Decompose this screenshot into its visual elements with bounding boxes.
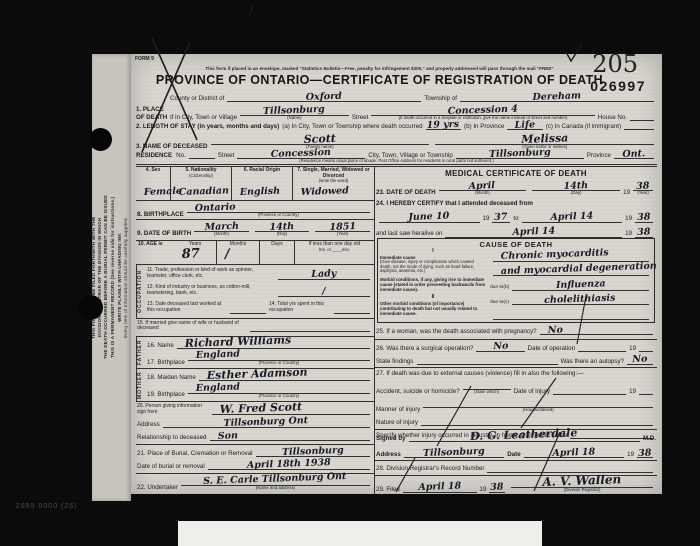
certify-from-field: June 10: [379, 213, 480, 223]
racial-origin-label: 6. Racial Origin: [244, 167, 280, 173]
filed-date-field: April 18: [403, 483, 477, 493]
burial-place-label: 21. Place of Burial, Cremation or Remova…: [137, 450, 253, 457]
punch-hole-bottom: [78, 295, 103, 320]
cause-of-death-title: CAUSE OF DEATH: [378, 239, 654, 249]
given-name-value: Melissa: [521, 132, 568, 145]
margin-note-2: DIVISION REGISTRAR OF THE DIVISION IN WH…: [98, 54, 103, 501]
section-name-of-deceased: 3. NAME OF DECEASED Scott (Family name) …: [136, 135, 657, 150]
residence-street-label: Street: [218, 152, 235, 159]
dod-day-value: 14th: [564, 181, 589, 191]
cause-a2-field: and myocardial degeneration: [493, 266, 649, 276]
informant-relationship-field: Son: [210, 431, 371, 441]
date-of-birth-row: 9. DATE OF BIRTH March (Month) 14th (Day…: [136, 220, 374, 241]
manner-caption: (How sustained): [420, 408, 656, 413]
operation-row: 26. Was there a surgical operation? No D…: [375, 340, 657, 369]
external-label: 27. If death was due to external causes …: [376, 370, 583, 377]
dod-year-caption: (Year): [630, 191, 656, 196]
division-registrar-field: A. V. Wallen: [511, 478, 653, 488]
dod-day-caption: (Day): [529, 191, 623, 196]
autopsy-value: No: [632, 355, 647, 365]
occupation-trade-value: Lady: [311, 270, 336, 280]
occupation-group: OCCUPATION 11. Trade, profession or kind…: [136, 265, 374, 319]
age-row: 10. AGE is Years 87 Months / Days If les: [136, 241, 374, 265]
nationality-cell: 5. Nationality (Citizenship) Canadian: [171, 167, 232, 200]
physician-signature: D. G. Leatherdale: [470, 427, 578, 442]
last-worked-field: [230, 304, 266, 314]
dob-year-field: 1851: [315, 222, 370, 232]
margin-note-4: THIS IS A PERMANENT RECORD (See reverse …: [111, 54, 116, 501]
residence-label: RESIDENCE: [136, 152, 172, 159]
stay-c-field: [624, 120, 654, 130]
nationality-value: Canadian: [179, 186, 229, 197]
filed-label: 29. Filed: [376, 486, 400, 493]
residence-street-value: Concession: [271, 147, 331, 159]
dob-day-caption: (Day): [252, 232, 313, 237]
injury-year-prefix: 19: [629, 388, 636, 395]
father-side-label: FATHER: [136, 337, 146, 368]
physician-date-field: April 18: [524, 448, 624, 458]
father-name-value: Richard Williams: [184, 334, 291, 349]
nationality-caption: (Citizenship): [173, 174, 229, 179]
division-registrar-signature: A. V. Wallen: [542, 473, 621, 488]
birthplace-value: Ontario: [194, 202, 235, 213]
father-birthplace-label: 17. Birthplace: [147, 359, 185, 366]
physician-year-field: 38: [637, 448, 653, 458]
stamp-number: 205: [592, 54, 638, 78]
marital-status-label: 7. Single, Married, Widowed or Divorced: [297, 167, 369, 179]
physician-date-value: April 18: [552, 447, 595, 458]
residence-caption: (Residence means usual place of abode. P…: [136, 159, 657, 164]
certify-to-field: April 14: [522, 213, 623, 223]
family-name-value: Scott: [303, 133, 336, 145]
dod-year-field: 38: [633, 181, 653, 191]
township-field: Dereham: [460, 92, 654, 102]
age-days-cell: Days: [260, 241, 295, 264]
lastsaw-year-value: 38: [637, 228, 651, 238]
father-name-label: 16. Name: [147, 342, 174, 349]
burial-group: 21. Place of Burial, Cremation or Remova…: [136, 445, 374, 474]
section-place-of-death: 1. PLACEOF DEATH County or District of O…: [136, 92, 657, 121]
external-causes-group: 27. If death was due to external causes …: [375, 368, 657, 430]
pregnancy-row: 25. If a woman, was the death associated…: [375, 323, 657, 339]
mother-side-label: MOTHER: [136, 369, 146, 401]
margin-note-1: THIS FORM MUST BE FILED FORTHWITH WITH T…: [92, 54, 97, 501]
age-days-label: Days: [271, 241, 282, 247]
operation-label: 26. Was there a surgical operation?: [376, 345, 473, 352]
marital-status-value: Widowed: [301, 186, 349, 197]
punch-hole-top: [89, 128, 112, 151]
stay-label: 2. LENGTH OF STAY (in years, months and …: [136, 123, 279, 130]
injury-date-label: Date of injury: [514, 388, 550, 395]
nature-label: Nature of injury: [376, 419, 418, 426]
certify-to-year-value: 38: [637, 213, 651, 223]
dod-label: 23. DATE OF DEATH: [376, 189, 436, 196]
informant-address-value: Tillsonburg Ont: [224, 416, 309, 428]
dueto-b-label: due to: [490, 285, 503, 291]
age-months-label: Months: [230, 241, 246, 247]
dod-year-value: 38: [636, 181, 650, 191]
accident-caption: (State which): [460, 390, 514, 395]
cause-b-prefix: (b): [503, 285, 509, 291]
occupation-industry-label: 12. Kind of industry or business, as cot…: [147, 285, 275, 297]
certify-label: 24. I HEREBY CERTIFY that I attended dec…: [376, 200, 533, 207]
county-field: Oxford: [227, 92, 421, 102]
stay-a-field: 19 yrs: [426, 120, 461, 130]
informant-sign-here-label: sign here: [137, 409, 158, 415]
operation-date-label: Date of operation: [528, 345, 575, 352]
lastsaw-date-value: April 14: [512, 227, 555, 238]
birthplace-caption: (Province or Country): [184, 213, 373, 218]
filed-year-prefix: 19: [480, 486, 487, 493]
residence-province-field: Ont.: [614, 149, 654, 159]
certify-to-label: to: [513, 215, 518, 222]
alive-label: alive on: [421, 230, 442, 237]
certify-from-value: June 10: [408, 212, 449, 223]
morbid-conditions-label: Morbid conditions, if any, giving rise t…: [380, 277, 486, 292]
medical-certificate-title: MEDICAL CERTIFICATE OF DEATH: [375, 167, 657, 179]
stay-c-label: (c) In Canada (if immigrant): [546, 123, 621, 130]
birthplace-label: 8. BIRTHPLACE: [137, 211, 184, 218]
particulars-grid: 4. Sex Female 5. Nationality (Citizenshi…: [136, 167, 374, 201]
burial-date-value: April 18th 1938: [247, 458, 331, 470]
mother-maiden-value: Esther Adamson: [206, 367, 307, 382]
physician-signature-block: Signed by D. G. Leatherdale M.D. Address…: [375, 430, 657, 460]
total-years-label: 14. Total yrs spent in this occupation: [269, 302, 331, 314]
street-value: Concession 4: [448, 104, 518, 116]
residence-city-value: Tillsonburg: [489, 147, 551, 159]
left-margin-strip: THIS FORM MUST BE FILED FORTHWITH WITH T…: [92, 54, 131, 501]
scan-bottom-strip: [178, 521, 542, 546]
lastsaw-label: and last saw her: [376, 230, 421, 237]
microfilm-code: 2895 0000 (25): [16, 503, 77, 510]
certify-from-year-field: 37: [492, 213, 510, 223]
findings-field: [417, 355, 558, 365]
physician-year-prefix: 19: [627, 451, 634, 458]
age-months-cell: Months /: [217, 241, 260, 264]
stay-a-value: 19 yrs: [427, 119, 460, 130]
cause-labels: I Immediate cause (Give disease, injury …: [378, 249, 488, 322]
mother-maiden-field: Esther Adamson: [199, 371, 370, 381]
pregnancy-value: No: [547, 325, 562, 335]
lastsaw-year-prefix: 19: [625, 230, 632, 237]
city-value: Tillsonburg: [263, 104, 325, 116]
injury-year-field: [639, 385, 653, 395]
stay-b-field: Life: [507, 120, 542, 130]
mailing-note: This form if placed in an envelope, mark…: [167, 66, 592, 71]
informant-relationship-value: Son: [217, 431, 237, 441]
dod-month-value: April: [469, 181, 496, 191]
cause-c-prefix: (c): [503, 300, 509, 306]
spouse-label: 15. If married give name of wife or husb…: [137, 321, 247, 333]
certificate-paper: FORM 9 This form if placed in an envelop…: [131, 54, 662, 494]
personal-particulars-column: 4. Sex Female 5. Nationality (Citizenshi…: [136, 167, 375, 494]
occupation-trade-field: Lady: [278, 270, 370, 280]
manner-label: Manner of injury: [376, 406, 420, 413]
cause-c-value: cholelithiasis: [545, 294, 617, 306]
cause-b-field: Influenza: [512, 281, 649, 291]
father-birthplace-caption: (Province or Country): [185, 361, 373, 366]
sex-label: 4. Sex: [146, 167, 160, 173]
autopsy-field: No: [627, 355, 653, 365]
signed-by-label: Signed by: [376, 435, 406, 442]
burial-place-value: Tillsonburg: [282, 446, 344, 458]
informant-address-field: Tillsonburg Ont: [163, 418, 370, 428]
certify-to-value: April 14: [550, 212, 593, 223]
given-name-field: Melissa: [435, 135, 654, 145]
marital-status-cell: 7. Single, Married, Widowed or Divorced …: [293, 167, 374, 200]
undertaker-field: S. E. Carle Tillsonburg Ont: [181, 476, 370, 486]
dob-day-value: 14th: [270, 222, 295, 232]
informant-relationship-label: Relationship to deceased: [137, 434, 207, 441]
section-length-of-stay: 2. LENGTH OF STAY (in years, months and …: [136, 120, 657, 130]
physician-address-field: Tillsonburg: [404, 448, 504, 458]
physician-year-value: 38: [638, 448, 652, 458]
mother-birthplace-label: 19. Birthplace: [147, 391, 185, 398]
county-value: Oxford: [306, 91, 342, 102]
dod-year-prefix: 19: [623, 189, 630, 196]
undertaker-value: S. E. Carle Tillsonburg Ont: [204, 472, 347, 486]
registrar-record-field: [487, 463, 653, 473]
age-label-cell: 10. AGE is: [136, 241, 174, 264]
physician-address-value: Tillsonburg: [423, 447, 485, 459]
date-of-death-row: 23. DATE OF DEATH April (Month) 14th (Da…: [375, 179, 657, 198]
informant-address-label: Address: [137, 421, 160, 428]
operation-year-field: [639, 342, 653, 352]
stay-b-value: Life: [514, 120, 535, 130]
margin-note-3: THE DEATH OCCURRED BEFORE A BURIAL PERMI…: [104, 54, 109, 501]
cause-c-field: cholelithiasis: [512, 295, 649, 305]
certificate-title: PROVINCE OF ONTARIO—CERTIFICATE OF REGIS…: [155, 73, 604, 87]
stay-a-label: (a) In City, Town or Township where deat…: [282, 123, 422, 130]
pregnancy-label: 25. If a woman, was the death associated…: [376, 328, 537, 335]
margin-note-5: WRITE PLAINLY WITH UNFADING INK: [118, 54, 123, 501]
burial-date-field: April 18th 1938: [208, 460, 370, 470]
physician-address-label: Address: [376, 451, 401, 458]
mother-maiden-label: 18. Maiden Name: [147, 374, 196, 381]
city-field: Tillsonburg: [240, 106, 349, 116]
other-conditions-label: Other morbid conditions (of importance) …: [380, 301, 486, 316]
father-birthplace-value: England: [196, 350, 240, 361]
age-years-value: 87: [182, 247, 201, 261]
dob-day-field: 14th: [255, 222, 310, 232]
certify-to-year-field: 38: [635, 213, 653, 223]
residence-street-field: Concession: [237, 149, 365, 159]
dob-month-field: March: [194, 222, 249, 232]
dod-month-field: April: [439, 181, 527, 191]
cause-b-value: Influenza: [555, 280, 605, 291]
certify-from-year-value: 37: [494, 213, 508, 223]
injury-date-field: [553, 385, 626, 395]
operation-value: No: [493, 342, 508, 352]
dob-month-caption: (Month): [191, 232, 252, 237]
mother-birthplace-caption: (Province or Country): [185, 394, 373, 399]
certify-block: 24. I HEREBY CERTIFY that I attended dec…: [375, 198, 657, 237]
accident-field: [463, 380, 511, 390]
occupation-side-label: OCCUPATION: [136, 265, 146, 318]
last-worked-label: 13. Date deceased last worked at this oc…: [147, 302, 227, 314]
mother-group: MOTHER 18. Maiden Name Esther Adamson 19…: [136, 369, 374, 402]
street-field: Concession 4: [371, 106, 594, 116]
undertaker-label: 22. Undertaker: [137, 484, 178, 491]
age-hours-cell: If less than one day old hrs. or ____min…: [295, 241, 374, 264]
informant-group: 20. Person giving information sign here …: [136, 402, 374, 446]
cause-of-death-box: CAUSE OF DEATH I Immediate cause (Give d…: [377, 238, 655, 323]
birthplace-field: Ontario: [187, 203, 370, 213]
form-number-label: FORM 9: [135, 56, 154, 62]
cause-a-field: Chronic myocarditis: [493, 252, 649, 262]
md-label: M.D.: [643, 435, 656, 442]
marital-status-caption: (write the word): [295, 179, 372, 184]
dueto-c-label: due to: [490, 300, 503, 306]
racial-origin-cell: 6. Racial Origin English: [232, 167, 293, 200]
stay-b-label: (b) In Province: [464, 123, 504, 130]
pregnancy-field: No: [540, 325, 653, 335]
cause-values: Chronic myocarditis and myocardial degen…: [488, 249, 654, 322]
racial-origin-value: English: [240, 186, 281, 197]
burial-date-label: Date of burial or removal: [137, 463, 205, 470]
margin-note-6: Every item of information should be care…: [124, 54, 129, 501]
division-registrar-caption: (Division Registrar): [508, 488, 656, 493]
residence-province-label: Province: [587, 152, 611, 159]
father-name-field: Richard Williams: [177, 339, 370, 349]
registrar-record-label: 28. Division Registrar's Record Number: [376, 465, 484, 472]
operation-date-field: [578, 342, 626, 352]
father-birthplace-field: England: [188, 351, 370, 361]
informant-signature: W. Fred Scott: [220, 402, 303, 416]
age-label: 10. AGE is: [138, 241, 163, 247]
birthplace-row: 8. BIRTHPLACE Ontario (Province or Count…: [136, 201, 374, 220]
age-months-value: /: [225, 248, 230, 261]
burial-place-field: Tillsonburg: [256, 447, 370, 457]
autopsy-label: Was there an autopsy?: [561, 358, 624, 365]
total-years-field: [334, 304, 370, 314]
age-hrs-label: hrs. or: [319, 247, 331, 252]
residence-city-field: Tillsonburg: [456, 149, 584, 159]
filed-year-field: 38: [489, 483, 505, 493]
accident-label: Accident, suicide or homicide?: [376, 388, 460, 395]
filed-row: 29. Filed April 18 19 38 A. V. Wallen (D…: [375, 476, 657, 494]
dob-month-value: March: [204, 221, 239, 232]
residence-no-label: No.: [176, 152, 186, 159]
township-label: Township of: [424, 95, 457, 102]
medical-certificate-column: MEDICAL CERTIFICATE OF DEATH 23. DATE OF…: [375, 167, 657, 494]
filed-year-value: 38: [490, 483, 504, 493]
father-group: FATHER 16. Name Richard Williams 17. Bir…: [136, 337, 374, 369]
filed-date-value: April 18: [418, 482, 461, 493]
dob-label: 9. DATE OF BIRTH: [137, 230, 191, 237]
manner-field: [423, 398, 653, 408]
findings-label: State findings: [376, 358, 414, 365]
mother-birthplace-field: England: [188, 384, 370, 394]
pen-stroke-tick-top: [250, 6, 252, 16]
death-certificate-scan: THIS FORM MUST BE FILED FORTHWITH WITH T…: [0, 0, 700, 546]
dod-day-field: 14th: [532, 181, 620, 191]
spouse-field: [250, 322, 370, 332]
lastsaw-date-field: April 14: [445, 228, 622, 238]
nature-field: [421, 416, 653, 426]
age-years-cell: Years 87: [174, 241, 217, 264]
certify-from-year-prefix: 19: [483, 215, 490, 222]
age-min-label: min.: [342, 247, 350, 252]
county-label: County or District of: [170, 95, 224, 102]
occupation-trade-label: 11. Trade, profession or kind of work as…: [147, 268, 275, 280]
immediate-cause-caption: (Give disease, injury or complication wh…: [380, 260, 486, 274]
residence-no-field: [189, 149, 215, 159]
undertaker-row: 22. Undertaker S. E. Carle Tillsonburg O…: [136, 474, 374, 494]
dob-year-value: 1851: [329, 222, 356, 232]
occupation-industry-field: /: [278, 287, 370, 297]
operation-year-prefix: 19: [629, 345, 636, 352]
mother-birthplace-value: England: [196, 383, 240, 394]
sex-cell: 4. Sex Female: [136, 167, 171, 200]
dob-year-caption: (Year): [312, 232, 373, 237]
signed-by-field: D. G. Leatherdale: [409, 432, 640, 442]
dod-month-caption: (Month): [436, 191, 530, 196]
lastsaw-year-field: 38: [635, 228, 653, 238]
section-residence: RESIDENCE No. Street Concession City, To…: [136, 149, 657, 164]
township-value: Dereham: [532, 91, 581, 102]
form-columns: 4. Sex Female 5. Nationality (Citizenshi…: [136, 164, 657, 494]
occupation-industry-value: /: [322, 287, 326, 297]
certify-to-year-prefix: 19: [625, 215, 632, 222]
cause-other-field: [493, 310, 649, 320]
place-label: 1. PLACEOF DEATH: [136, 106, 170, 120]
family-name-field: Scott: [211, 135, 430, 145]
physician-date-label: Date: [507, 451, 520, 458]
operation-field: No: [476, 342, 524, 352]
cause-a-value-2: and myocardial degeneration: [501, 261, 657, 276]
informant-signature-field: W. Fred Scott: [212, 405, 370, 415]
residence-province-value: Ont.: [622, 149, 645, 159]
cause-a-value-1: Chronic myocarditis: [501, 248, 609, 261]
